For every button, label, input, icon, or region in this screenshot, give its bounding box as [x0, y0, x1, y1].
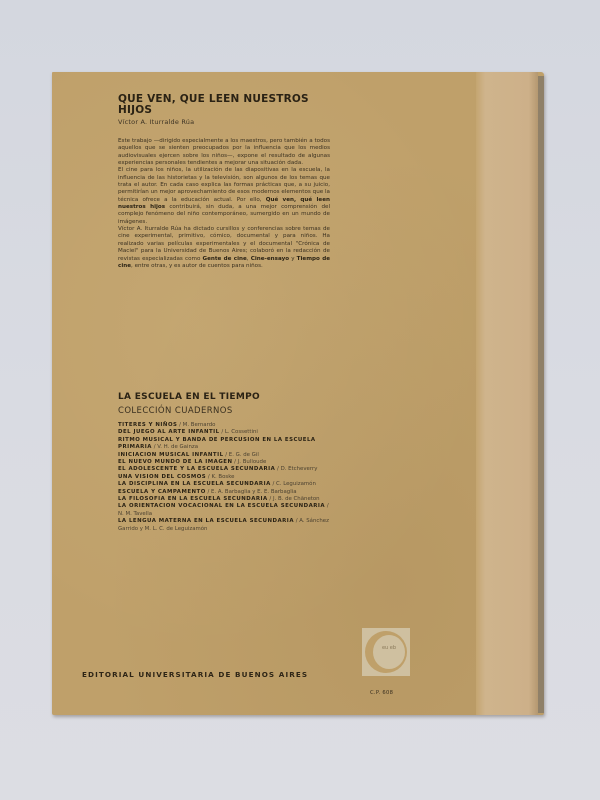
- cover-flap-strip: [476, 72, 538, 715]
- catalog-item: EL ADOLESCENTE Y LA ESCUELA SECUNDARIA /…: [118, 466, 330, 473]
- catalog-item: RITMO MUSICAL Y BANDA DE PERCUSION EN LA…: [118, 437, 330, 452]
- book-title: QUE VEN, QUE LEEN NUESTROS HIJOS: [118, 94, 318, 116]
- catalog-item-author: / L. Cossettini: [220, 429, 258, 435]
- catalog-item-author: / D. Etcheverry: [275, 466, 317, 472]
- catalog-item-title: UNA VISION DEL COSMOS: [118, 474, 206, 480]
- catalog-item-author: / M. Bernardo: [177, 422, 215, 428]
- catalog-item: LA LENGUA MATERNA EN LA ESCUELA SECUNDAR…: [118, 518, 330, 533]
- catalog-item-title: LA LENGUA MATERNA EN LA ESCUELA SECUNDAR…: [118, 518, 294, 524]
- series-title: LA ESCUELA EN EL TIEMPO: [118, 392, 260, 402]
- catalog-item: LA ORIENTACION VOCACIONAL EN LA ESCUELA …: [118, 503, 330, 518]
- blurb-paragraph: Este trabajo —dirigido especialmente a l…: [118, 138, 330, 167]
- catalog-item-title: LA ORIENTACION VOCACIONAL EN LA ESCUELA …: [118, 503, 325, 509]
- catalog-item-author: / J. Bulloude: [232, 459, 266, 465]
- blurb-paragraph: El cine para los niños, la utilización d…: [118, 167, 330, 226]
- catalog-item: LA FILOSOFIA EN LA ESCUELA SECUNDARIA / …: [118, 496, 330, 503]
- catalog-item-title: ESCUELA Y CAMPAMENTO: [118, 489, 206, 495]
- publisher-name: EDITORIAL UNIVERSITARIA DE BUENOS AIRES: [82, 670, 308, 679]
- catalog-item: LA DISCIPLINA EN LA ESCUELA SECUNDARIA /…: [118, 481, 330, 488]
- catalog-item: ESCUELA Y CAMPAMENTO / E. A. Barbaglia y…: [118, 489, 330, 496]
- catalog-item-title: EL NUEVO MUNDO DE LA IMAGEN: [118, 459, 232, 465]
- publisher-logo: eu eb: [362, 628, 410, 676]
- catalog-item-title: RITMO MUSICAL Y BANDA DE PERCUSION EN LA…: [118, 437, 316, 450]
- book-blurb: Este trabajo —dirigido especialmente a l…: [118, 138, 330, 270]
- catalog-code: C.P. 608: [370, 690, 393, 696]
- catalog-item: EL NUEVO MUNDO DE LA IMAGEN / J. Bulloud…: [118, 459, 330, 466]
- catalog-item: DEL JUEGO AL ARTE INFANTIL / L. Cossetti…: [118, 429, 330, 436]
- catalog-item-title: EL ADOLESCENTE Y LA ESCUELA SECUNDARIA: [118, 466, 275, 472]
- catalog-item-title: LA FILOSOFIA EN LA ESCUELA SECUNDARIA: [118, 496, 268, 502]
- catalog-item-author: / E. A. Barbaglia y E. E. Barbaglia: [206, 489, 297, 495]
- catalog-item-title: DEL JUEGO AL ARTE INFANTIL: [118, 429, 220, 435]
- catalog-item-author: / J. B. de Chãneton: [268, 496, 320, 502]
- series-subtitle: COLECCIÓN CUADERNOS: [118, 406, 233, 416]
- book-author: Víctor A. Iturralde Rúa: [118, 118, 194, 126]
- blurb-paragraph-author-bio: Víctor A. Iturralde Rúa ha dictado cursi…: [118, 226, 330, 270]
- catalog-item: TITERES Y NIÑOS / M. Bernardo: [118, 422, 330, 429]
- catalog-item-author: / E. G. de Gil: [224, 452, 259, 458]
- catalog-item-author: / V. H. de Gainza: [152, 444, 198, 450]
- catalog-item-author: / K. Boske: [206, 474, 234, 480]
- page-edge: [538, 76, 544, 713]
- catalog-item-author: / C. Leguizamón: [271, 481, 316, 487]
- logo-inner-disc: eu eb: [373, 635, 405, 669]
- catalog-item-title: INICIACION MUSICAL INFANTIL: [118, 452, 224, 458]
- catalog-item-title: TITERES Y NIÑOS: [118, 422, 177, 428]
- catalog-item: INICIACION MUSICAL INFANTIL / E. G. de G…: [118, 452, 330, 459]
- catalog-item-title: LA DISCIPLINA EN LA ESCUELA SECUNDARIA: [118, 481, 271, 487]
- series-catalog-list: TITERES Y NIÑOS / M. BernardoDEL JUEGO A…: [118, 422, 330, 533]
